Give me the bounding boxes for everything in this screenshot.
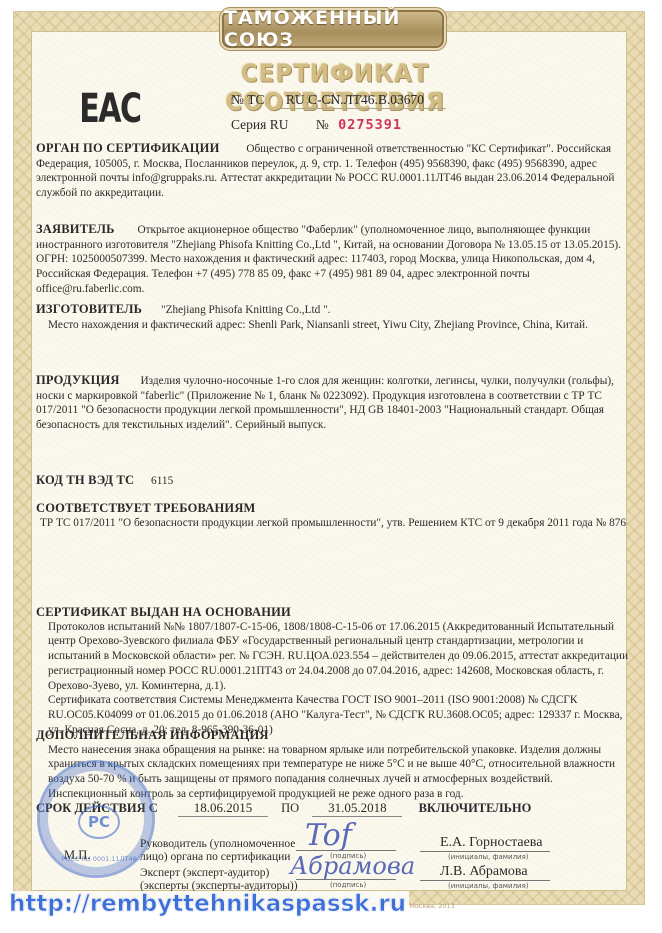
head-name: Е.А. Горностаева bbox=[440, 835, 542, 851]
hs-code-value: 6115 bbox=[151, 475, 173, 487]
applicant-heading: ЗАЯВИТЕЛЬ bbox=[36, 222, 115, 236]
applicant-text: Открытое акционерное общество "Фаберлик"… bbox=[36, 224, 621, 295]
expert-signature-caption: (подпись) bbox=[330, 881, 366, 889]
tc-number-row: № ТС RU C-CN.ЛТ46.В.03670 bbox=[231, 92, 446, 109]
applicant-section: ЗАЯВИТЕЛЬ Открытое акционерное общество … bbox=[36, 222, 630, 297]
manufacturer-name: "Zhejiang Phisofa Knitting Co.,Ltd ". bbox=[161, 304, 331, 316]
stamp-place-label: М.П. bbox=[64, 848, 90, 863]
eac-logo-icon: EAC bbox=[79, 84, 117, 134]
certification-stamp: PC РОСС RU 0001.11ЛТ46 bbox=[37, 760, 155, 878]
tc-number-label: № ТС bbox=[231, 92, 265, 107]
expert-name-line bbox=[420, 880, 550, 881]
requirements-section: СООТВЕТСТВУЕТ ТРЕБОВАНИЯМ ТР ТС 017/2011… bbox=[36, 501, 630, 530]
series-label: Серия RU bbox=[231, 117, 288, 132]
expert-name: Л.В. Абрамова bbox=[440, 864, 528, 880]
head-name-line bbox=[420, 851, 550, 852]
expert-role-line-1: Эксперт (эксперт-аудитор) bbox=[140, 867, 298, 880]
product-section: ПРОДУКЦИЯ Изделия чулочно-носочные 1-го … bbox=[36, 373, 630, 433]
certification-body-heading: ОРГАН ПО СЕРТИФИКАЦИИ bbox=[36, 141, 220, 155]
product-heading: ПРОДУКЦИЯ bbox=[36, 373, 120, 387]
head-role-line-1: Руководитель (уполномоченное bbox=[140, 838, 295, 851]
series-number: 0275391 bbox=[338, 117, 402, 133]
validity-date-from: 18.06.2015 bbox=[178, 800, 268, 817]
requirements-heading: СООТВЕТСТВУЕТ ТРЕБОВАНИЯМ bbox=[36, 501, 630, 516]
certification-body-section: ОРГАН ПО СЕРТИФИКАЦИИ Общество с огранич… bbox=[36, 141, 630, 201]
head-signature-icon: Tof bbox=[305, 818, 352, 853]
additional-info-heading: ДОПОЛНИТЕЛЬНАЯ ИНФОРМАЦИЯ bbox=[36, 728, 630, 743]
expert-name-caption: (инициалы, фамилия) bbox=[448, 882, 529, 890]
expert-signature-line bbox=[296, 879, 396, 880]
hs-code-heading: КОД ТН ВЭД ТС bbox=[36, 473, 134, 487]
product-text: Изделия чулочно-носочные 1-го слоя для ж… bbox=[36, 375, 614, 431]
watermark-url: http://rembyttehnikaspassk.ru bbox=[6, 891, 409, 917]
basis-heading: СЕРТИФИКАТ ВЫДАН НА ОСНОВАНИИ bbox=[36, 605, 630, 620]
manufacturer-heading: ИЗГОТОВИТЕЛЬ bbox=[36, 302, 142, 316]
hs-code-section: КОД ТН ВЭД ТС 6115 bbox=[36, 473, 630, 489]
tc-number-value: RU C-CN.ЛТ46.В.03670 bbox=[278, 92, 446, 109]
head-name-caption: (инициалы, фамилия) bbox=[448, 853, 529, 861]
pc-mark-icon: PC bbox=[78, 805, 120, 839]
basis-paragraph-1: Протоколов испытаний №№ 1807/1807-С-15-0… bbox=[36, 620, 630, 694]
validity-date-to: 31.05.2018 bbox=[312, 800, 402, 817]
expert-role: Эксперт (эксперт-аудитор) (эксперты (экс… bbox=[140, 867, 298, 893]
head-role-line-2: лицо) органа по сертификации bbox=[140, 851, 295, 864]
basis-section: СЕРТИФИКАТ ВЫДАН НА ОСНОВАНИИ Протоколов… bbox=[36, 605, 630, 737]
series-row: Серия RU № 0275391 bbox=[231, 117, 402, 133]
manufacturer-section: ИЗГОТОВИТЕЛЬ "Zhejiang Phisofa Knitting … bbox=[36, 302, 630, 332]
validity-to-label: ПО bbox=[281, 801, 299, 815]
validity-inclusive-label: ВКЛЮЧИТЕЛЬНО bbox=[419, 801, 532, 815]
expert-signature-icon: Абрамова bbox=[290, 852, 415, 880]
manufacturer-address: Место нахождения и фактический адрес: Sh… bbox=[36, 318, 630, 333]
head-signature-line bbox=[296, 850, 396, 851]
requirements-text: ТР ТС 017/2011 "О безопасности продукции… bbox=[36, 516, 630, 531]
customs-union-banner: ТАМОЖЕННЫЙ СОЮЗ bbox=[222, 10, 444, 48]
head-role: Руководитель (уполномоченное лицо) орган… bbox=[140, 838, 295, 864]
series-number-label: № bbox=[316, 117, 329, 132]
